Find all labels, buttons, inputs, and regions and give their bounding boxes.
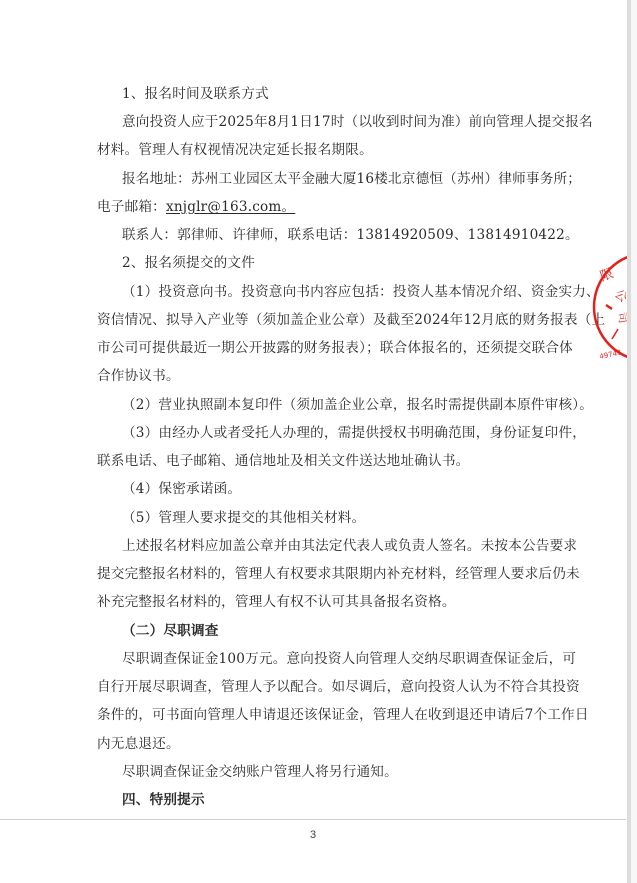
paragraph-line: 补充完整报名材料的，管理人有权不认可其具备报名资格。 (97, 592, 456, 612)
paragraph-line: 联系电话、电子邮箱、通信地址及相关文件送达地址确认书。 (97, 451, 469, 471)
section-heading-required-documents: 2、报名须提交的文件 (122, 253, 255, 273)
registration-address: 报名地址：苏州工业园区太平金融大厦16楼北京德恒（苏州）律师事务所； (122, 169, 581, 189)
paragraph-line: 提交完整报名材料的，管理人有权要求其限期内补充材料，经管理人要求后仍未 (97, 564, 580, 584)
company-seal-stamp: 限 公 司 49743 (588, 247, 628, 367)
section-heading-special-notice: 四、特别提示 (122, 790, 205, 810)
seal-icon: 限 公 司 49743 (588, 247, 628, 367)
paragraph-line: （1）投资意向书。投资意向书内容应包括：投资人基本情况介绍、资金实力、 (122, 282, 600, 302)
footer-divider (0, 819, 626, 820)
paragraph-line: 意向投资人应于2025年8月1日17时（以收到时间为准）前向管理人提交报名 (122, 112, 593, 132)
paragraph-line: 尽职调查保证金交纳账户管理人将另行通知。 (122, 762, 398, 782)
email-link[interactable]: xnjglr@163.com。 (166, 199, 295, 215)
paragraph-line: （2）营业执照副本复印件（须加盖企业公章，报名时需提供副本原件审核）。 (122, 395, 593, 415)
paragraph-line: 上述报名材料应加盖公章并由其法定代表人或负责人签名。未按本公告要求 (122, 536, 577, 556)
email-address: xnjglr@163.com (166, 199, 282, 215)
paragraph-line: 材料。管理人有权视情况决定延长报名期限。 (97, 140, 373, 160)
paragraph-line: 市公司可提供最近一期公开披露的财务报表）；联合体报名的，还须提交联合体 (97, 338, 573, 358)
paragraph-line: 尽职调查保证金100万元。意向投资人向管理人交纳尽职调查保证金后，可 (122, 649, 576, 669)
contact-info: 联系人：郭律师、许律师，联系电话：13814920509、13814910422… (122, 225, 579, 245)
paragraph-line: （3）由经办人或者受托人办理的，需提供授权书明确范围，身份证复印件， (122, 423, 586, 443)
paragraph-line: （4）保密承诺函。 (122, 479, 241, 499)
email-label: 电子邮箱： (97, 199, 166, 215)
section-heading-registration-time: 1、报名时间及联系方式 (122, 84, 269, 104)
paragraph-line: 条件的，可书面向管理人申请退还该保证金，管理人在收到退还申请后7个工作日 (97, 705, 589, 725)
viewer-gutter (631, 0, 637, 883)
section-heading-due-diligence: （二）尽职调查 (122, 621, 219, 641)
email-line: 电子邮箱：xnjglr@163.com。 (97, 197, 295, 217)
paragraph-line: 自行开展尽职调查，管理人予以配合。如尽调后，意向投资人认为不符合其投资 (97, 677, 580, 697)
svg-text:49743: 49743 (599, 348, 622, 360)
document-page: 1、报名时间及联系方式 意向投资人应于2025年8月1日17时（以收到时间为准）… (0, 0, 627, 883)
page-number: 3 (310, 829, 316, 841)
svg-text:公: 公 (612, 287, 628, 305)
paragraph-line: 内无息退还。 (97, 734, 180, 754)
email-suffix: 。 (282, 199, 296, 215)
paragraph-line: 资信情况、拟导入产业等（须加盖企业公章）及截至2024年12月底的财务报表（上 (97, 310, 605, 330)
paragraph-line: （5）管理人要求提交的其他相关材料。 (122, 508, 365, 528)
paragraph-line: 合作协议书。 (97, 366, 180, 386)
